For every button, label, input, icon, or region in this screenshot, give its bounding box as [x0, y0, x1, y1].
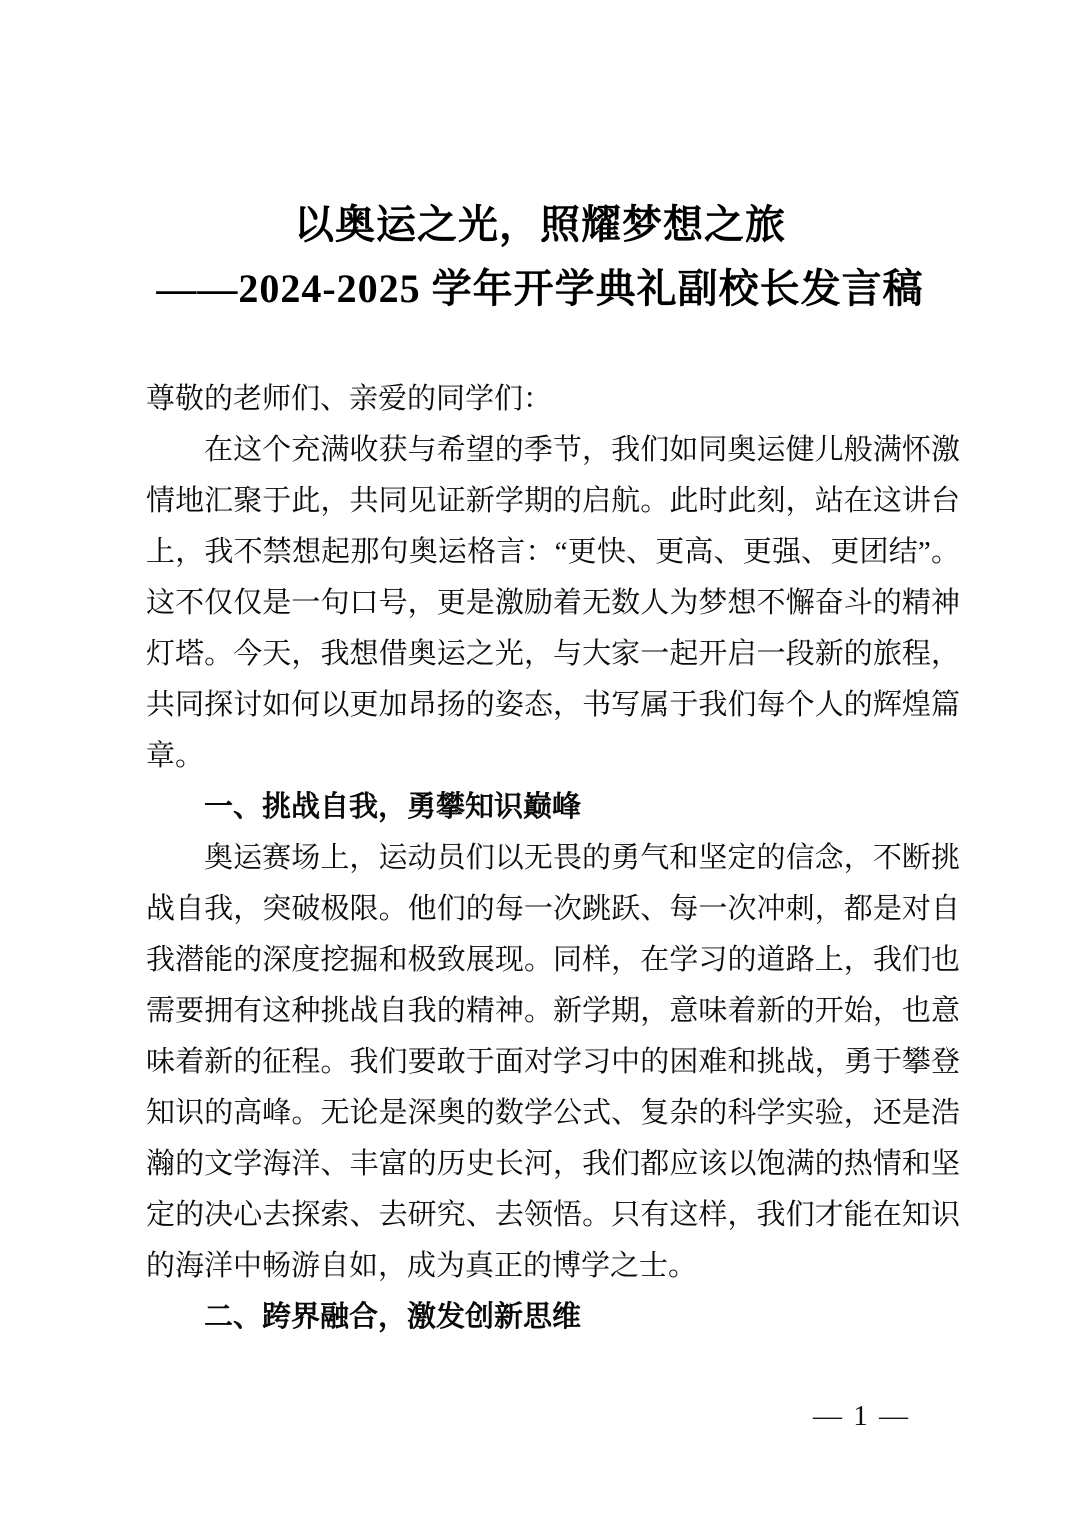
section-heading: 二、跨界融合，激发创新思维: [146, 1292, 960, 1343]
body-paragraph: 在这个充满收获与希望的季节，我们如同奥运健儿般满怀激情地汇聚于此，共同见证新学期…: [146, 425, 960, 782]
title-line-main: 以奥运之光，照耀梦想之旅: [0, 193, 1080, 257]
title-line-subtitle: ——2024-2025 学年开学典礼副校长发言稿: [0, 257, 1080, 321]
document-page: { "document": { "title_lines": [ "以奥运之光，…: [0, 0, 1080, 1527]
body-paragraph: 奥运赛场上，运动员们以无畏的勇气和坚定的信念，不断挑战自我，突破极限。他们的每一…: [146, 833, 960, 1292]
page-number: — 1 —: [0, 1398, 910, 1434]
document-title: 以奥运之光，照耀梦想之旅 ——2024-2025 学年开学典礼副校长发言稿: [0, 193, 1080, 321]
document-body: 尊敬的老师们、亲爱的同学们：在这个充满收获与希望的季节，我们如同奥运健儿般满怀激…: [146, 374, 960, 1343]
salutation-line: 尊敬的老师们、亲爱的同学们：: [146, 374, 960, 425]
section-heading: 一、挑战自我，勇攀知识巅峰: [146, 782, 960, 833]
